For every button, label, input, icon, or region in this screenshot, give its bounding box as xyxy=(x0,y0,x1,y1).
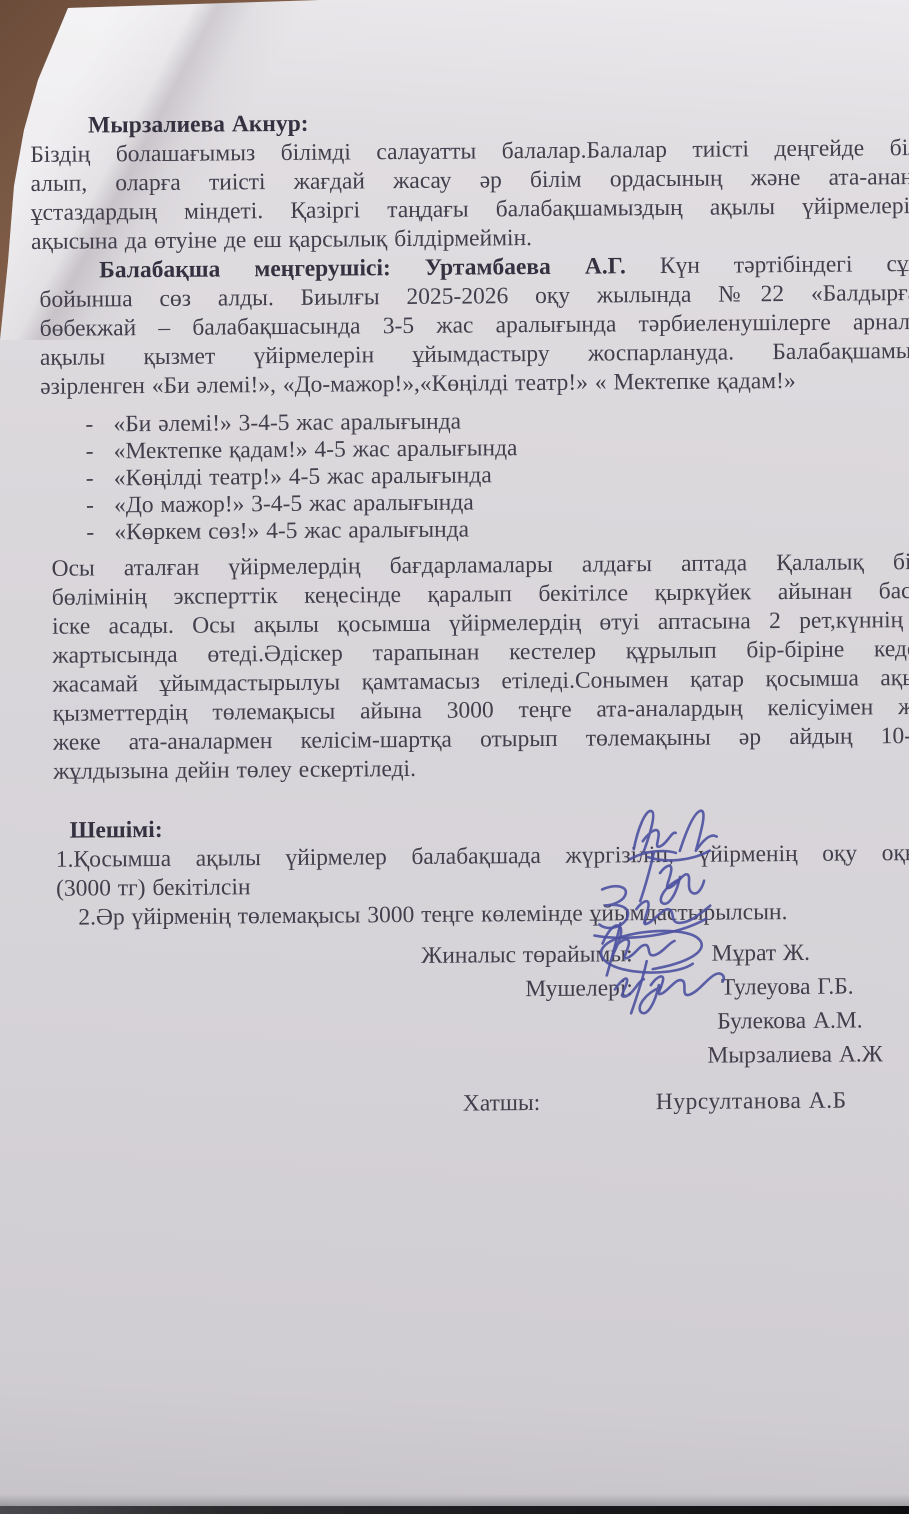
signature-block: Жиналыс төрайымы: Мұрат Ж. Мушелері: Тул… xyxy=(33,938,909,1129)
decision-item-1: 1.Қосымша ақылы үйірмелер балабақшада жү… xyxy=(56,839,909,904)
member-signature-row: Мырзалиева А.Ж xyxy=(33,1040,909,1081)
club-list-item-text: «До мажор!» 3-4-5 жас аралығында xyxy=(114,489,474,519)
club-list-item-text: «Мектепке қадам!» 4-5 жас аралығында xyxy=(114,435,518,465)
member-name: Тулеуова Г.Б. xyxy=(721,973,854,1003)
decision-item-2: 2.Әр үйірменің төлемақысы 3000 теңге көл… xyxy=(78,897,909,933)
member-name: Мырзалиева А.Ж xyxy=(707,1040,883,1070)
document-text: Мырзалиева Акнур: Біздің болашағымыз біл… xyxy=(26,105,909,1129)
list-dash-marker: - xyxy=(86,519,114,546)
clubs-list: -«Би әлемі!» 3-4-5 жас аралығында-«Мекте… xyxy=(40,405,909,547)
photo-bottom-shadow xyxy=(0,1494,909,1506)
secretary-name: Нурсултанова А.Б xyxy=(656,1087,847,1117)
manager-paragraph: Балабақша меңгерушісі: Уртамбаева А.Г. К… xyxy=(39,250,909,402)
club-list-item-text: «Би әлемі!» 3-4-5 жас аралығында xyxy=(113,409,461,439)
manager-lead: Балабақша меңгерушісі: Уртамбаева А.Г. xyxy=(99,253,626,283)
details-paragraph: Осы аталған үйірмелердің бағдарламалары … xyxy=(51,548,909,787)
paragraph-line: 2.Әр үйірменің төлемақысы 3000 теңге көл… xyxy=(78,897,909,933)
list-dash-marker: - xyxy=(86,438,114,465)
paragraph-line: жұлдызына дейін төлеу ескертіледі. xyxy=(53,751,909,787)
paragraph-line: әзірленген «Би әлемі!», «До-мажор!»,«Көң… xyxy=(40,366,909,402)
chair-name: Мұрат Ж. xyxy=(712,939,811,969)
manager-first-line-rest: Күн тәртібіндегі сұрақ xyxy=(660,251,909,279)
secretary-label: Хатшы: xyxy=(463,1089,541,1119)
speaker-paragraph: Біздің болашағымыз білімді салауатты бал… xyxy=(30,134,909,257)
members-label: Мушелері: xyxy=(33,974,633,1008)
list-dash-marker: - xyxy=(86,492,114,519)
list-dash-marker: - xyxy=(86,465,114,492)
club-list-item: -«Көркем сөз!» 4-5 жас аралығында xyxy=(41,513,909,547)
manager-paragraph-lines: бойынша сөз алды. Биылғы 2025-2026 оқу ж… xyxy=(39,279,909,402)
member-name: Булекова А.М. xyxy=(717,1006,863,1036)
club-list-item-text: «Көркем сөз!» 4-5 жас аралығында xyxy=(114,517,469,547)
secretary-signature-row: Хатшы: Нурсултанова А.Б xyxy=(34,1086,909,1129)
chair-label: Жиналыс төрайымы: xyxy=(33,940,633,974)
photo-bottom-edge xyxy=(0,1506,909,1514)
club-list-item-text: «Көңілді театр!» 4-5 жас аралығында xyxy=(114,462,492,492)
list-dash-marker: - xyxy=(85,411,113,438)
document-photo: Мырзалиева Акнур: Біздің болашағымыз біл… xyxy=(0,0,909,1514)
